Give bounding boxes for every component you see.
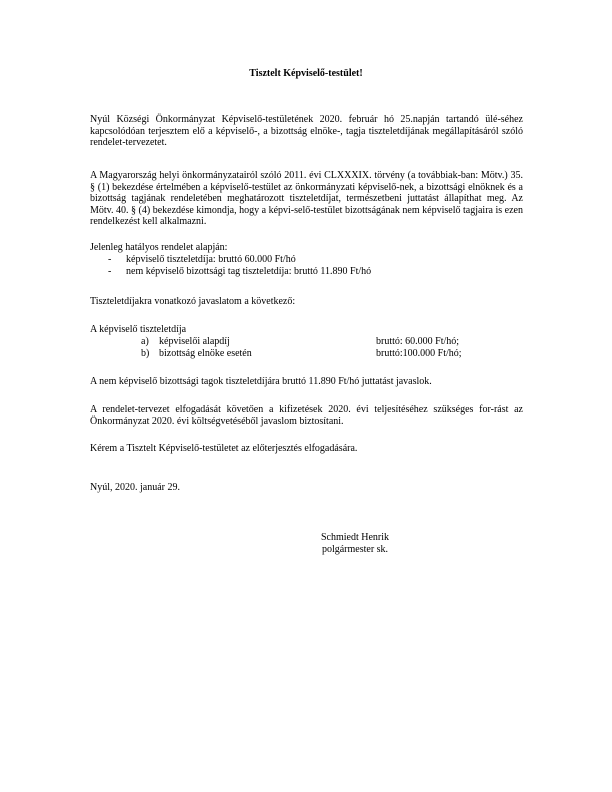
- document-title: Tisztelt Képviselő-testület!: [0, 68, 612, 79]
- bullet-dash: -: [108, 266, 126, 278]
- item-value: bruttó: 60.000 Ft/hó;: [376, 336, 459, 348]
- item-name: képviselői alapdíj: [159, 336, 376, 348]
- current-regulation-heading: Jelenleg hatályos rendelet alapján:: [90, 242, 523, 254]
- list-item: - képviselő tiszteletdíja: bruttó 60.000…: [108, 254, 371, 266]
- list-item-text: képviselő tiszteletdíja: bruttó 60.000 F…: [126, 254, 296, 266]
- signer-role: polgármester sk.: [312, 544, 398, 556]
- list-item: a) képviselői alapdíj bruttó: 60.000 Ft/…: [141, 336, 471, 348]
- proposal-fees-list: a) képviselői alapdíj bruttó: 60.000 Ft/…: [141, 336, 471, 359]
- legal-basis-paragraph: A Magyarország helyi önkormányzatairól s…: [90, 170, 523, 228]
- proposal-heading: Tiszteletdíjakra vonatkozó javaslatom a …: [90, 296, 523, 308]
- non-rep-paragraph: A nem képviselő bizottsági tagok tisztel…: [90, 376, 523, 388]
- item-name: bizottság elnöke esetén: [159, 348, 376, 360]
- list-item-text: nem képviselő bizottsági tag tiszteletdí…: [126, 266, 371, 278]
- intro-paragraph: Nyúl Községi Önkormányzat Képviselő-test…: [90, 114, 523, 149]
- bullet-dash: -: [108, 254, 126, 266]
- funding-paragraph: A rendelet-tervezet elfogadását követően…: [90, 404, 523, 427]
- list-item: b) bizottság elnöke esetén bruttó:100.00…: [141, 348, 471, 360]
- signer-name: Schmiedt Henrik: [312, 532, 398, 544]
- request-paragraph: Kérem a Tisztelt Képviselő-testületet az…: [90, 443, 523, 455]
- item-value: bruttó:100.000 Ft/hó;: [376, 348, 462, 360]
- document-page: Tisztelt Képviselő-testület! Nyúl Község…: [0, 0, 612, 792]
- rep-fee-heading: A képviselő tiszteletdíja: [90, 324, 523, 336]
- list-item: - nem képviselő bizottsági tag tisztelet…: [108, 266, 371, 278]
- signature-block: Schmiedt Henrik polgármester sk.: [312, 532, 398, 556]
- current-fees-list: - képviselő tiszteletdíja: bruttó 60.000…: [108, 254, 371, 277]
- item-label: b): [141, 348, 159, 360]
- item-label: a): [141, 336, 159, 348]
- place-date: Nyúl, 2020. január 29.: [90, 482, 523, 494]
